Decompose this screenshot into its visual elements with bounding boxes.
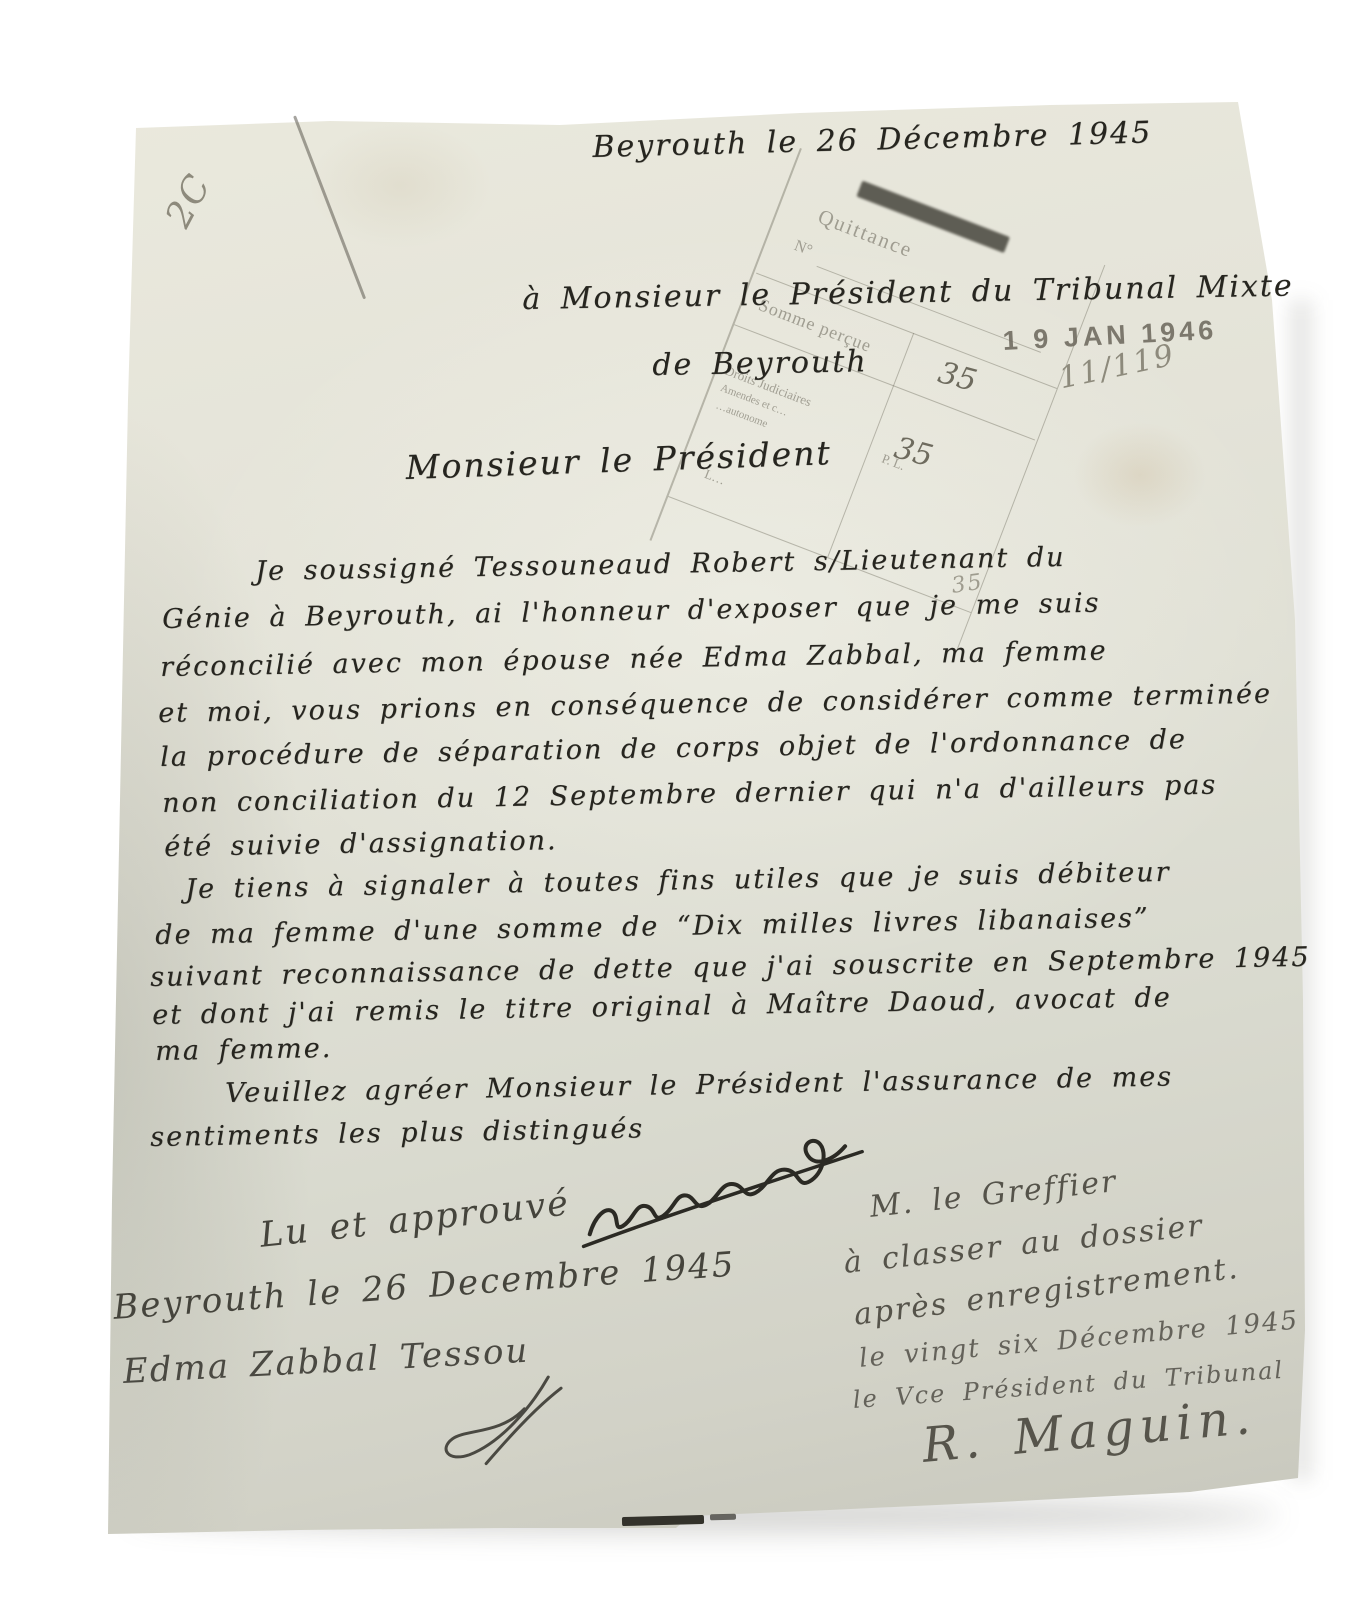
recipient-line: de Beyrouth: [652, 344, 868, 383]
letter-line: ma femme.: [155, 1033, 333, 1067]
approval-signature-flourish: [420, 1368, 576, 1473]
paper-edge-fragment: [710, 1514, 736, 1521]
photo-backdrop: 2C Quittance N° Somme perçue Droits Judi…: [0, 0, 1351, 1600]
